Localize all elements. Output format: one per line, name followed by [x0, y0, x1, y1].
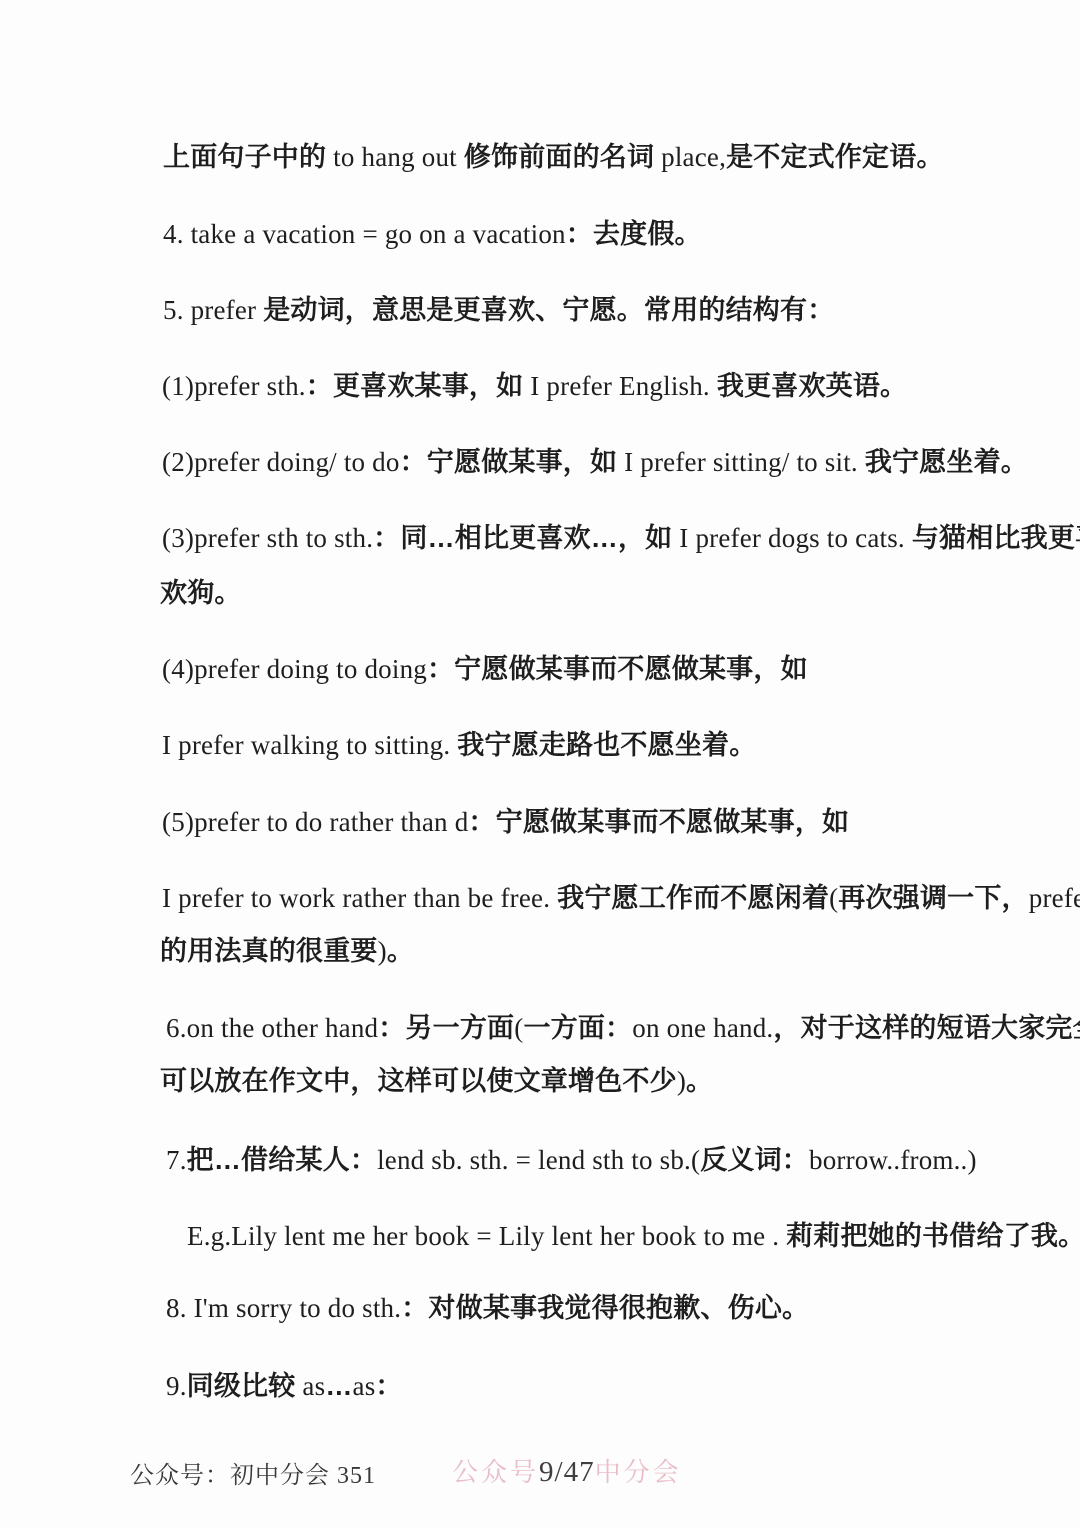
document-page: { "document": { "lines": [ "上面句子中的 to ha… [0, 0, 1080, 1527]
document-line: 可以放在作文中，这样可以使文章增色不少)。 [160, 1064, 713, 1098]
document-line: 6.on the other hand：另一方面(一方面：on one hand… [166, 1011, 1080, 1045]
document-line: I prefer walking to sitting. 我宁愿走路也不愿坐着。 [162, 728, 756, 762]
document-line: 5. prefer 是动词，意思是更喜欢、宁愿。常用的结构有： [163, 293, 834, 327]
document-line: 4. take a vacation = go on a vacation：去度… [163, 217, 702, 251]
document-line: (4)prefer doing to doing：宁愿做某事而不愿做某事，如 [162, 652, 808, 686]
watermark-text-left: 公众号 [452, 1458, 539, 1487]
document-line: E.g.Lily lent me her book = Lily lent he… [187, 1219, 1080, 1253]
document-line: (3)prefer sth to sth.：同…相比更喜欢…，如 I prefe… [162, 521, 1080, 555]
document-line: 上面句子中的 to hang out 修饰前面的名词 place,是不定式作定语… [163, 140, 944, 174]
document-line: 9.同级比较 as…as： [166, 1369, 403, 1403]
document-line: 的用法真的很重要)。 [160, 934, 414, 968]
footer-account-label: 公众号：初中分会 351 [130, 1455, 376, 1490]
document-line: (2)prefer doing/ to do：宁愿做某事，如 I prefer … [162, 445, 1028, 479]
document-line: (1)prefer sth.：更喜欢某事，如 I prefer English.… [162, 369, 907, 403]
watermark-text-right: 中分会 [595, 1458, 682, 1487]
document-line: (5)prefer to do rather than d：宁愿做某事而不愿做某… [162, 805, 849, 839]
page-background: 上面句子中的 to hang out 修饰前面的名词 place,是不定式作定语… [0, 0, 1080, 1527]
document-line: 欢狗。 [160, 576, 242, 610]
document-line: I prefer to work rather than be free. 我宁… [162, 881, 1080, 915]
page-watermark: 公众号9/47中分会 [452, 1452, 682, 1489]
document-line: 8. I'm sorry to do sth.：对做某事我觉得很抱歉、伤心。 [166, 1291, 809, 1325]
document-line: 7.把…借给某人：lend sb. sth. = lend sth to sb.… [166, 1143, 977, 1177]
page-number: 9/47 [539, 1456, 595, 1488]
